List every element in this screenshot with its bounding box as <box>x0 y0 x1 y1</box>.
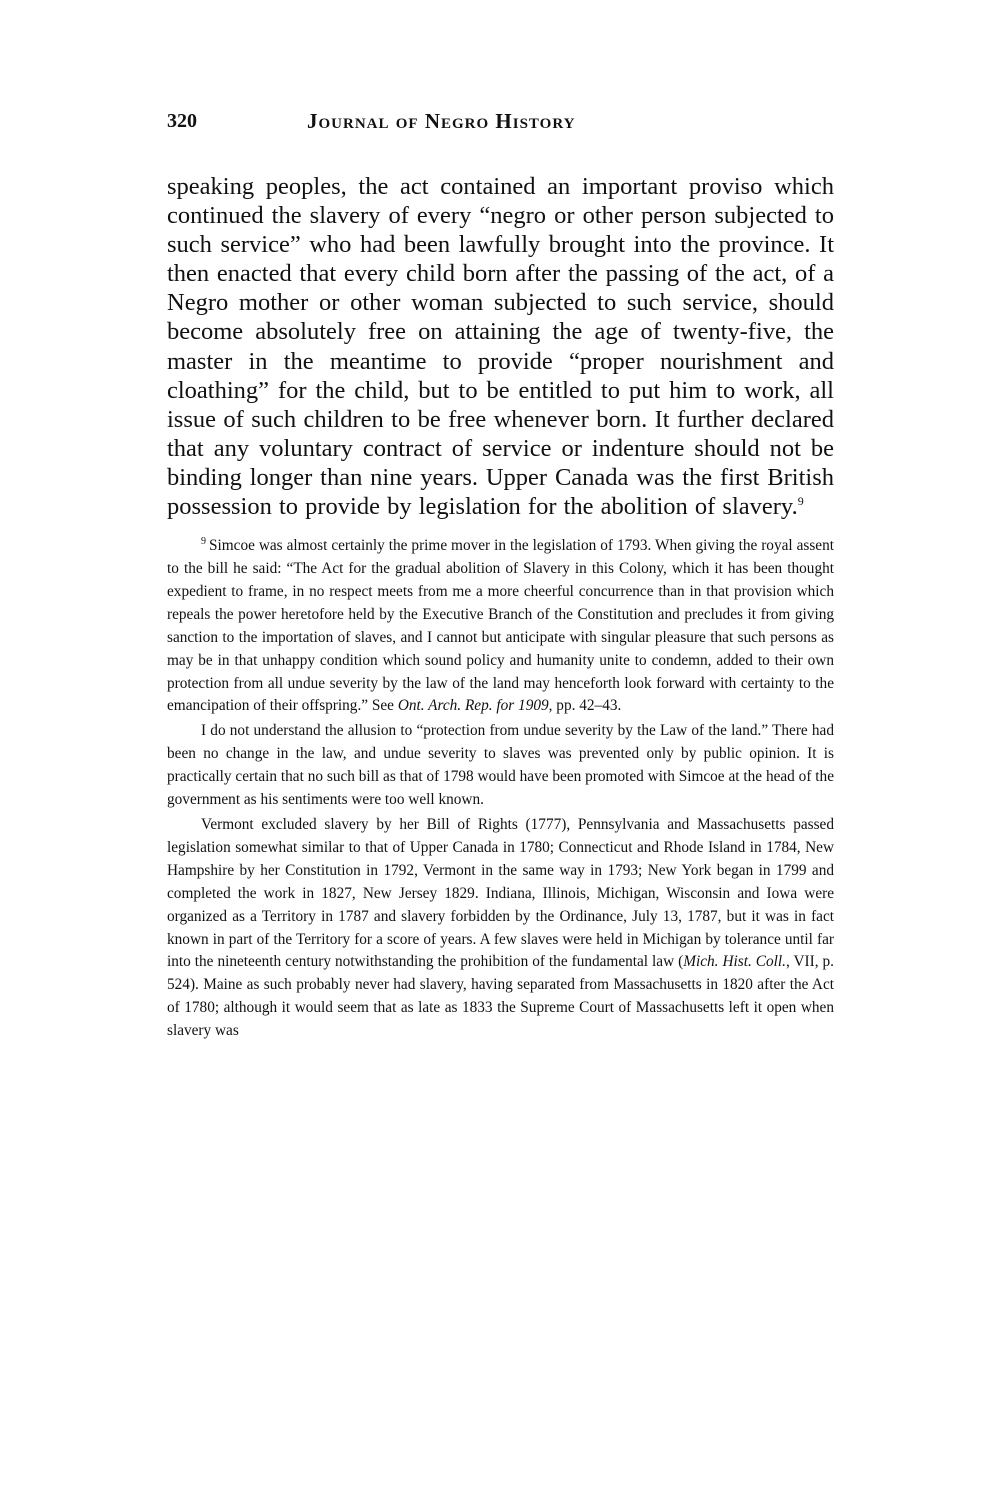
body-paragraph: speaking peoples, the act contained an i… <box>167 172 834 521</box>
footnote-citation: Ont. Arch. Rep. for 1909 <box>398 697 549 714</box>
main-text: speaking peoples, the act contained an i… <box>167 172 834 521</box>
footnote-citation: Mich. Hist. Coll. <box>683 953 786 970</box>
journal-page: 320 Journal of Negro History speaking pe… <box>167 106 834 1045</box>
footnote-reference: 9 <box>798 494 804 508</box>
footnote-mark: 9 <box>201 536 206 547</box>
footnote-text: Simcoe was almost certainly the prime mo… <box>167 537 834 714</box>
footnote-paragraph-text: I do not understand the allusion to “pro… <box>167 722 834 808</box>
journal-title: Journal of Negro History <box>307 106 575 136</box>
footnote-paragraph: I do not understand the allusion to “pro… <box>167 720 834 812</box>
footnote-citation-pages: , pp. 42–43. <box>549 697 622 714</box>
footnote-paragraph: Vermont excluded slavery by her Bill of … <box>167 814 834 1043</box>
footnote-9: 9Simcoe was almost certainly the prime m… <box>167 535 834 718</box>
body-paragraph-text: speaking peoples, the act contained an i… <box>167 173 834 520</box>
footnote-paragraph-text: Vermont excluded slavery by her Bill of … <box>167 816 834 970</box>
running-head: 320 Journal of Negro History <box>167 106 834 136</box>
footnotes: 9Simcoe was almost certainly the prime m… <box>167 535 834 1043</box>
page-number: 320 <box>167 106 197 136</box>
